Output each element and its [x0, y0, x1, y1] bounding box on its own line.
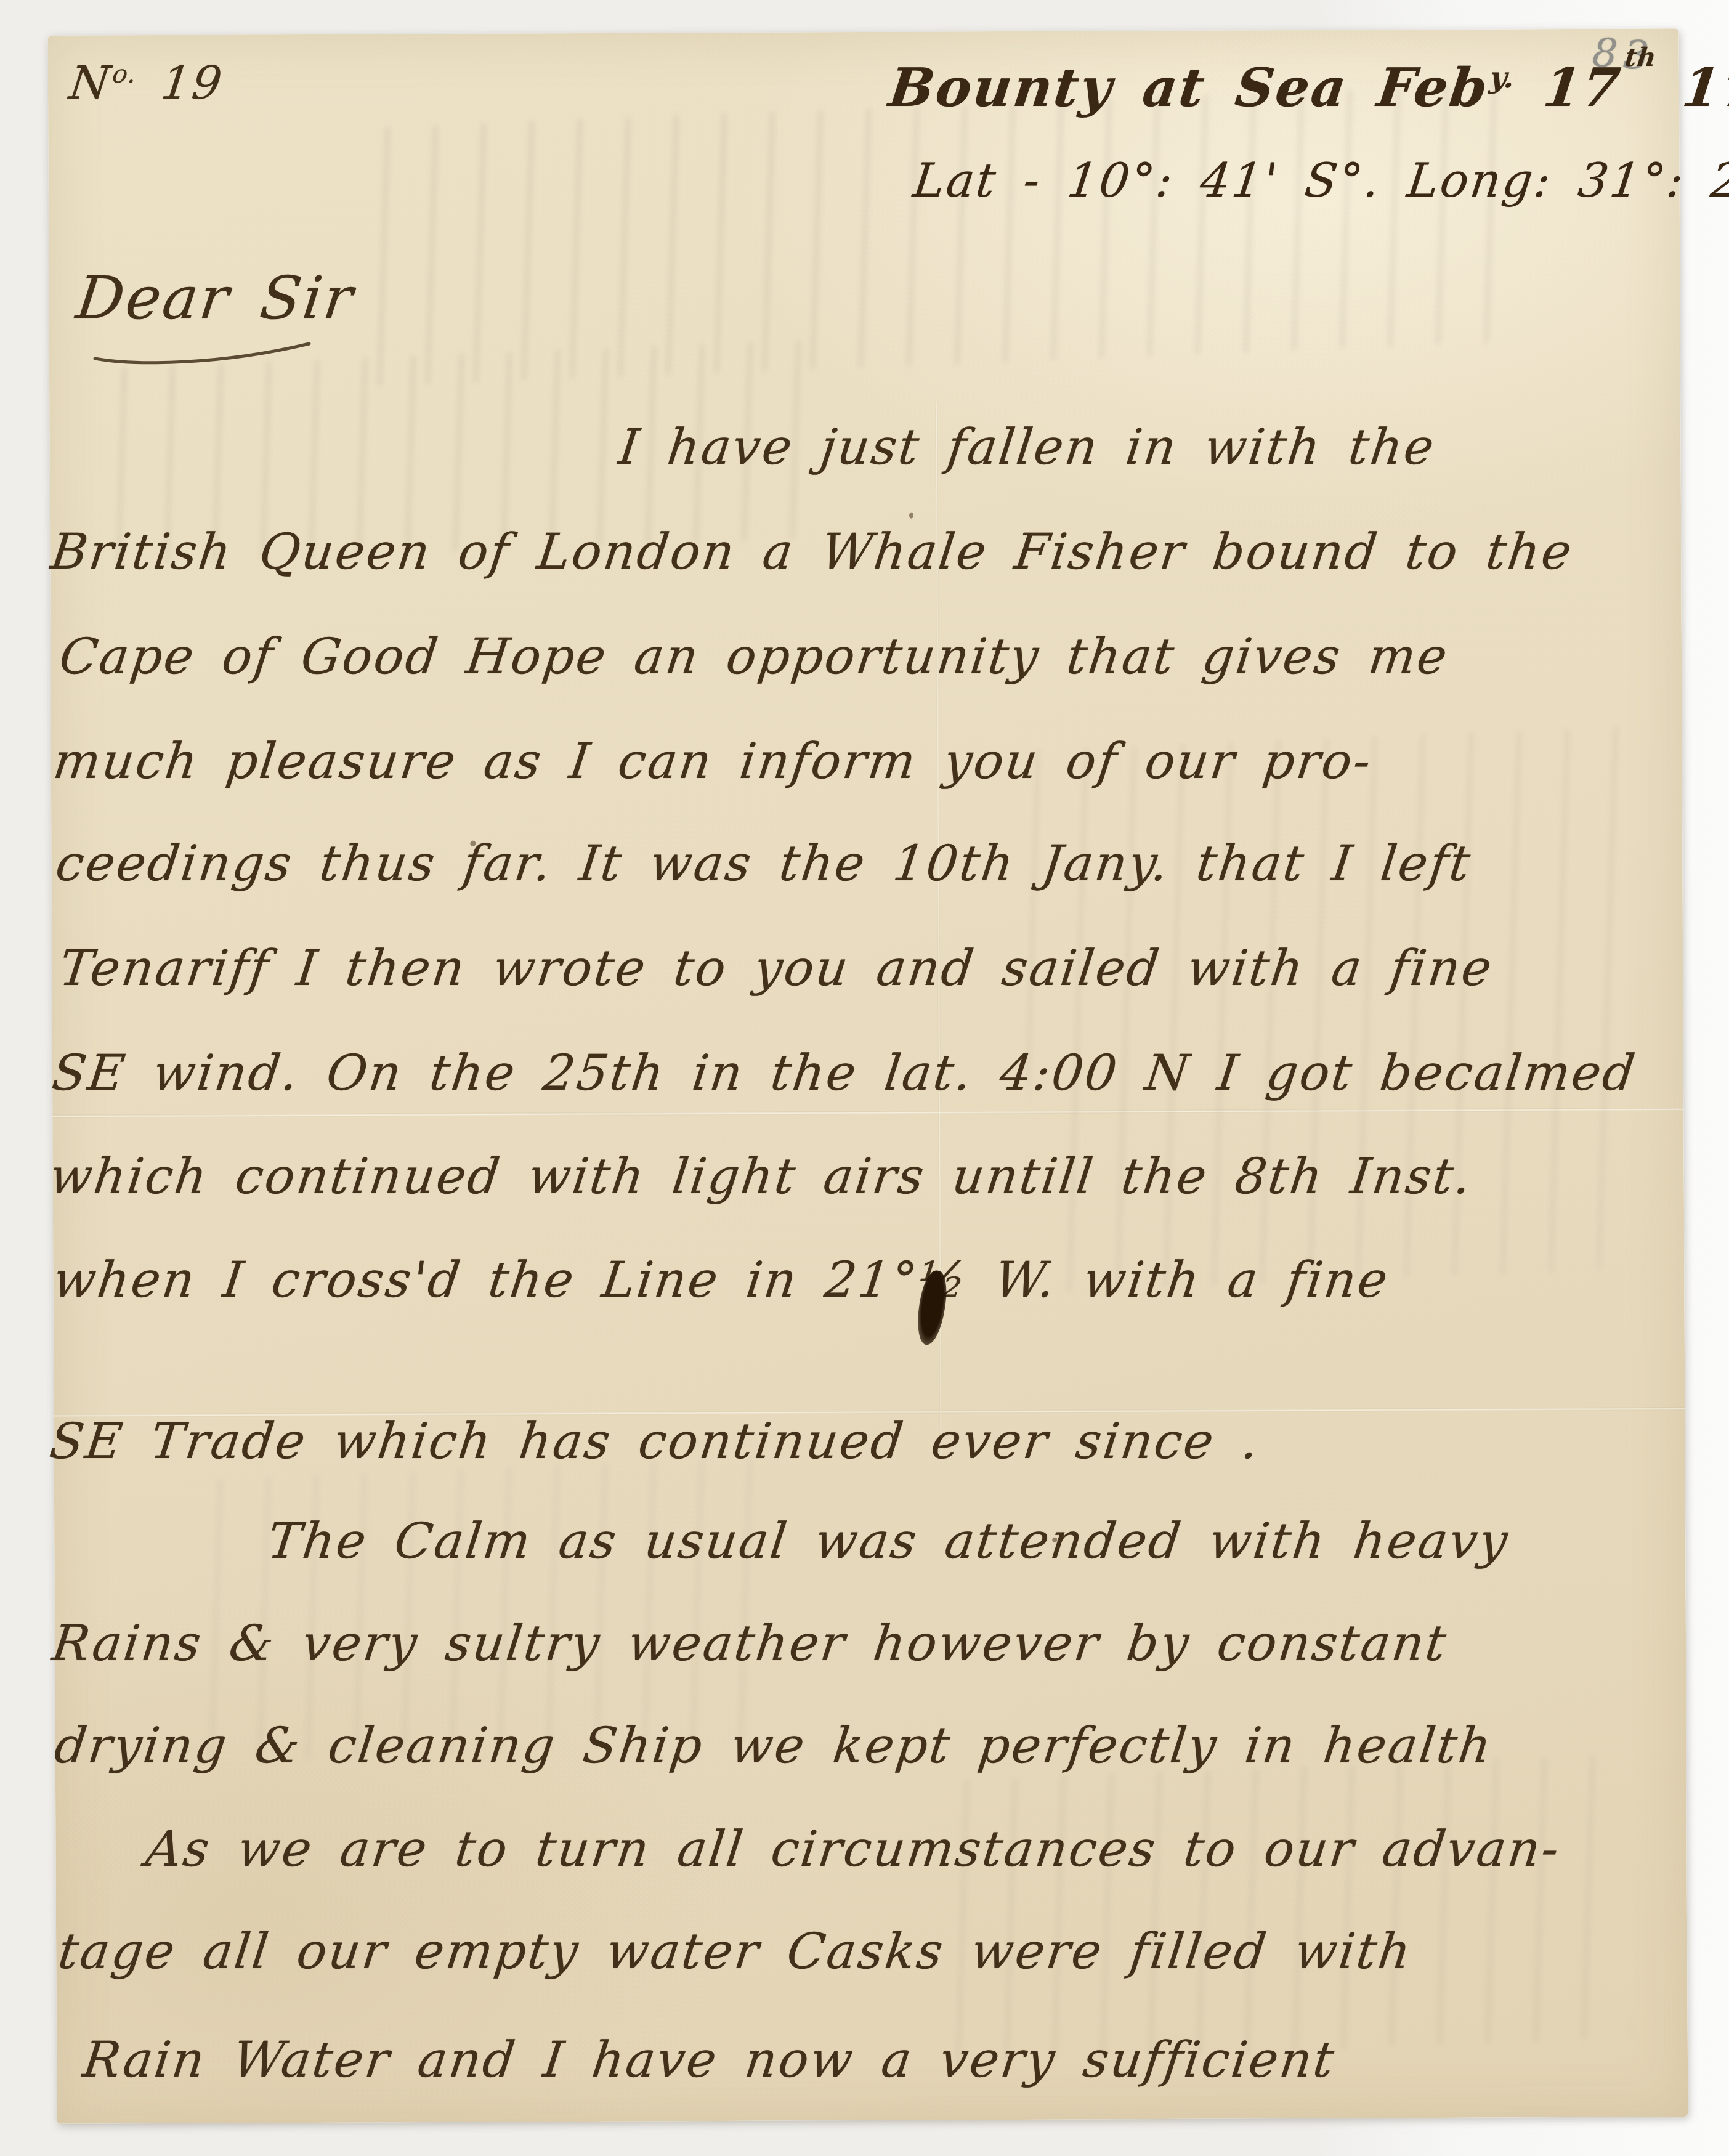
- dateline: Bounty at Sea Feby. 17th 1788: [886, 57, 1729, 119]
- body-line: SE Trade which has continued ever since …: [47, 1414, 1263, 1469]
- dateline-ordinal-superscript: th: [1623, 42, 1658, 72]
- body-line: Rain Water and I have now a very suffici…: [80, 2033, 1338, 2087]
- body-line: tage all our empty water Casks were fill…: [55, 1924, 1415, 1979]
- bleedthrough-ghost: [365, 83, 1513, 386]
- body-line: which continued with light airs untill t…: [47, 1149, 1476, 1204]
- ink-speck: [909, 513, 913, 519]
- body-line: As we are to turn all circumstances to o…: [143, 1822, 1563, 1876]
- body-line: drying & cleaning Ship we kept perfectly…: [52, 1719, 1496, 1773]
- page-number-label: No. 19: [67, 57, 227, 110]
- body-line: British Queen of London a Whale Fisher b…: [48, 525, 1576, 579]
- body-line: The Calm as usual was attended with heav…: [265, 1514, 1512, 1568]
- bleedthrough-ghost: [1015, 727, 1640, 1292]
- dateline-day: 17: [1510, 57, 1625, 119]
- body-line: ceedings thus far. It was the 10th Jany.…: [53, 837, 1475, 891]
- body-line: SE wind. On the 25th in the lat. 4:00 N …: [49, 1046, 1640, 1100]
- body-line: when I cross'd the Line in 21°½ W. with …: [51, 1253, 1392, 1307]
- body-line: much pleasure as I can inform you of our…: [51, 734, 1375, 788]
- body-line: Rains & very sultry weather however by c…: [49, 1616, 1451, 1671]
- dateline-year: 1788: [1649, 57, 1729, 119]
- body-line: Tenariff I then wrote to you and sailed …: [57, 941, 1496, 995]
- page-number-value: 19: [132, 57, 226, 110]
- salutation-flourish: [92, 338, 314, 368]
- letter-scan: { "colors": { "ink": "#3f2c18", "paper":…: [0, 0, 1729, 2156]
- salutation: Dear Sir: [73, 264, 358, 333]
- body-line: I have just fallen in with the: [616, 420, 1438, 474]
- body-line: Cape of Good Hope an opportunity that gi…: [57, 630, 1452, 684]
- position-line: Lat - 10°: 41' S°. Long: 31°: 20' W: [910, 153, 1729, 208]
- page-number-pre: N: [67, 57, 115, 110]
- dateline-place: Bounty at Sea Feb: [886, 57, 1492, 119]
- bleedthrough-ghost: [944, 1754, 1632, 2064]
- page-number-superscript: o.: [111, 59, 139, 89]
